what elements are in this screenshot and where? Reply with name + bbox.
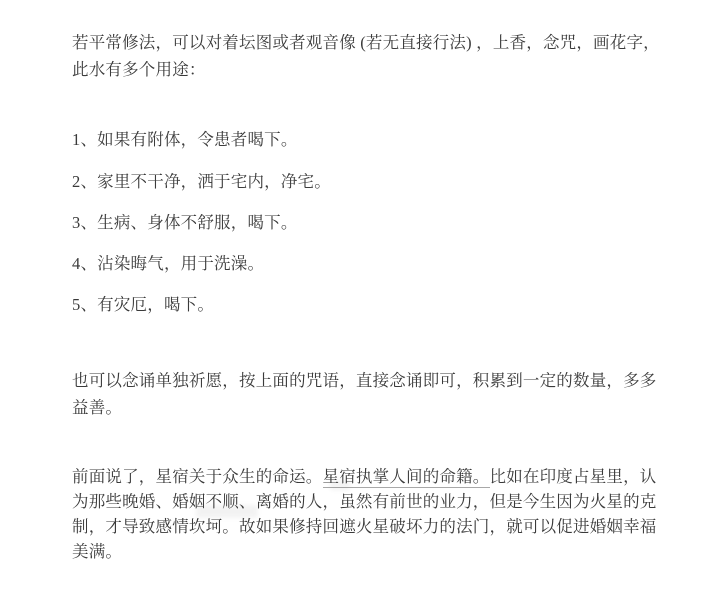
prayer-line-1: 也可以念诵单独祈愿，按上面的咒语，直接念诵即可，积累到一定的数量，多多 — [72, 367, 657, 394]
astrology-line1-after: 比如在印度占星里，认 — [490, 467, 657, 486]
astrology-line-1: 前面说了，星宿关于众生的命运。星宿执掌人间的命籍。比如在印度占星里，认 — [72, 464, 657, 489]
document-page: 若平常修法，可以对着坛图或者观音像 (若无直接行法) ，上香，念咒，画花字， 此… — [0, 0, 707, 606]
list-item-4: 4、沾染晦气，用于洗澡。 — [72, 250, 657, 277]
list-item-2: 2、家里不干净，洒于宅内，净宅。 — [72, 168, 657, 195]
intro-line-2: 此水有多个用途： — [72, 56, 657, 83]
list-item-1: 1、如果有附体，令患者喝下。 — [72, 126, 657, 153]
list-item-3: 3、生病、身体不舒服，喝下。 — [72, 209, 657, 236]
intro-line-1: 若平常修法，可以对着坛图或者观音像 (若无直接行法) ，上香，念咒，画花字， — [72, 29, 657, 56]
astrology-line-3: 制，才导致感情坎坷。故如果修持回遮火星破坏力的法门，就可以促进婚姻幸福 — [72, 514, 657, 539]
prayer-line-2: 益善。 — [72, 394, 657, 421]
paragraph-prayer: 也可以念诵单独祈愿，按上面的咒语，直接念诵即可，积累到一定的数量，多多 益善。 — [72, 367, 657, 421]
astrology-line-4: 美满。 — [72, 539, 657, 564]
paragraph-astrology: 前面说了，星宿关于众生的命运。星宿执掌人间的命籍。比如在印度占星里，认 为那些晚… — [72, 464, 657, 564]
underlined-phrase: 星宿执掌人间的命籍。 — [323, 467, 490, 488]
astrology-line-2: 为那些晚婚、婚姻不顺、离婚的人，虽然有前世的业力，但是今生因为火星的克 — [72, 489, 657, 514]
astrology-line1-before: 前面说了，星宿关于众生的命运。 — [72, 467, 323, 486]
paragraph-intro: 若平常修法，可以对着坛图或者观音像 (若无直接行法) ，上香，念咒，画花字， 此… — [72, 29, 657, 83]
list-item-5: 5、有灾厄，喝下。 — [72, 291, 657, 318]
